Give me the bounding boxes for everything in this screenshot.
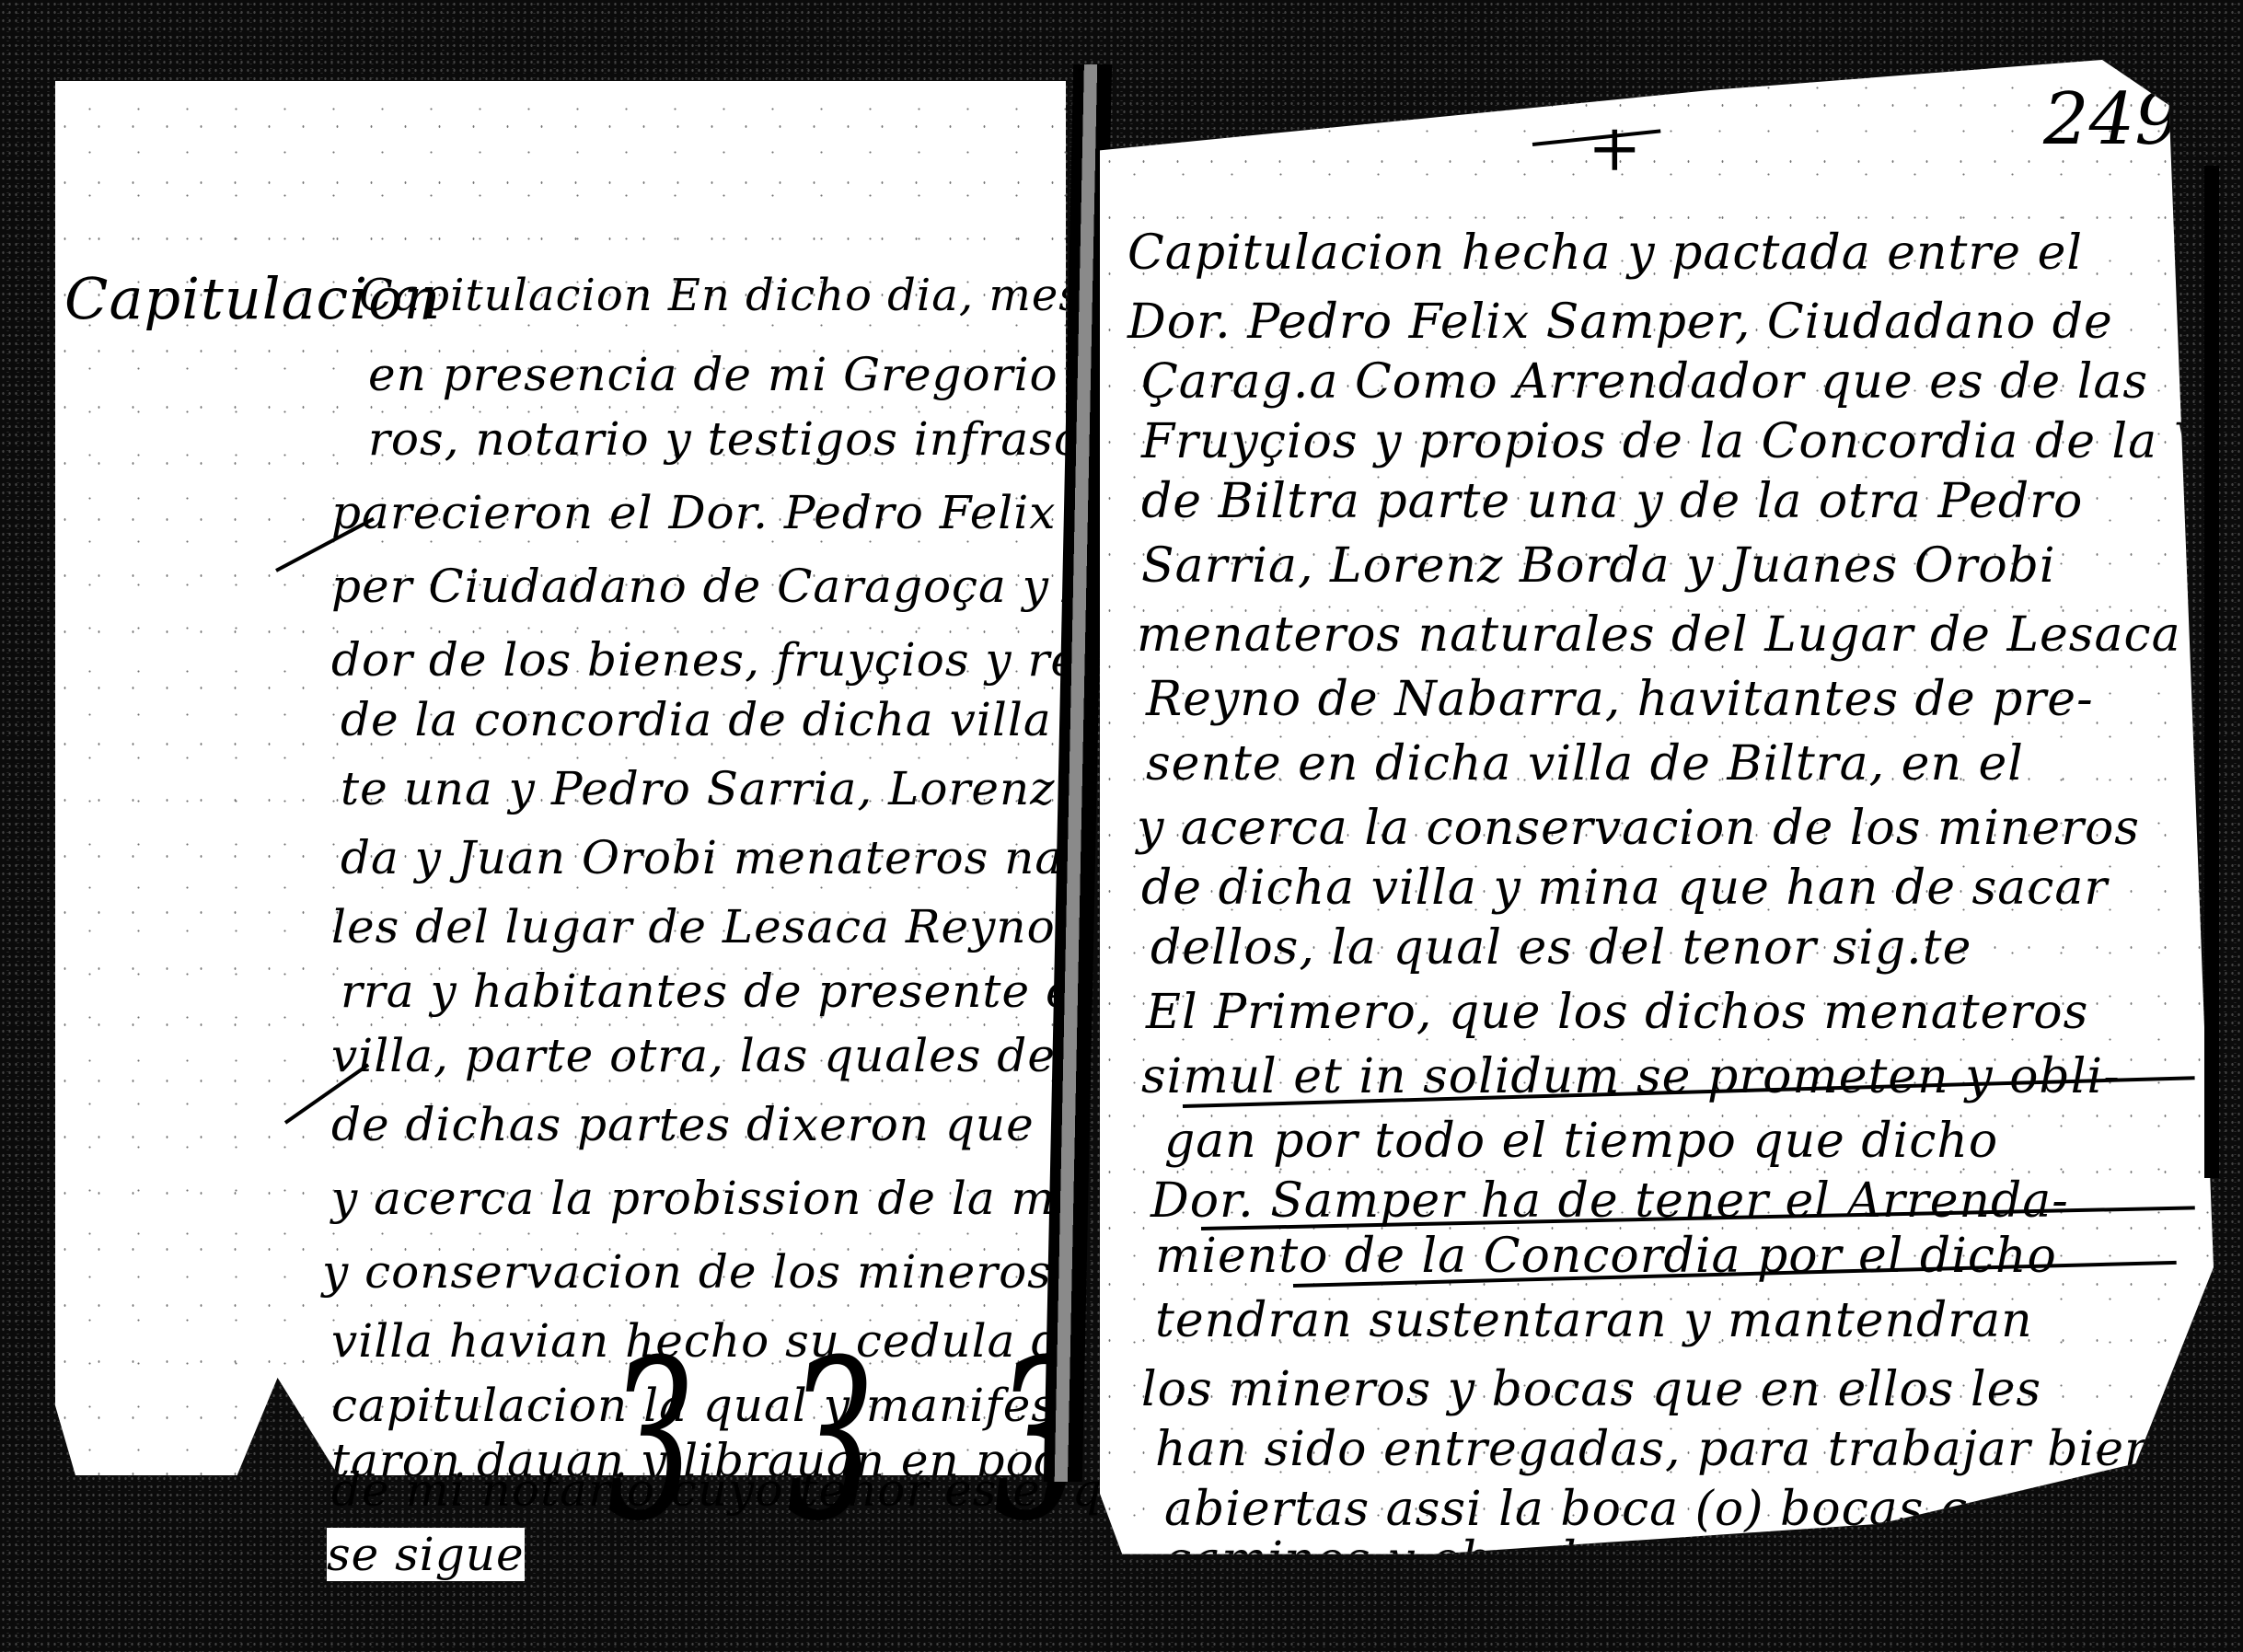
text-line: Reyno de Nabarra, havitantes de pre-	[1146, 672, 2094, 727]
text-line: da y Juan Orobi menateros natura-	[341, 831, 1066, 884]
text-line: per Ciudadano de Caragoça y Arrenda-	[331, 560, 1066, 613]
text-line: ros, notario y testigos infrascriptos	[368, 412, 1066, 466]
text-line: los mineros y bocas que en ellos les	[1141, 1362, 2041, 1417]
text-line: rra y habitantes de presente en dicha	[341, 965, 1066, 1018]
text-line: en presencia de mi Gregorio Cuba-	[368, 348, 1066, 401]
text-line: Çarag.a Como Arrendador que es de las	[1141, 354, 2148, 410]
text-line: villa, parte otra, las quales de cada un…	[331, 1029, 1066, 1082]
text-line: sente en dicha villa de Biltra, en el	[1146, 736, 2024, 791]
text-line: El Primero, que los dichos menateros	[1146, 985, 2088, 1040]
end-flourish: 3	[787, 1314, 874, 1570]
left-page: Capitulacion Capitulacion En dicho dia, …	[55, 81, 1066, 1475]
text-line: se sigue	[327, 1528, 525, 1581]
text-line: de Biltra parte una y de la otra Pedro	[1141, 474, 2083, 529]
text-line: Capitulacion hecha y pactada entre el	[1127, 225, 2083, 281]
text-line: de la concordia de dicha villa par-	[341, 693, 1066, 746]
text-line: y acerca la conservacion de los mineros	[1137, 801, 2140, 856]
text-line: y acerca la probission de la mina	[331, 1172, 1066, 1225]
text-line: villa havian hecho su cedula de	[331, 1314, 1066, 1368]
text-line: Dor. Pedro Felix Samper, Ciudadano de	[1127, 295, 2113, 350]
text-line: han sido entregadas, para trabajar bien	[1155, 1422, 2156, 1477]
text-line: gan por todo el tiempo que dicho	[1164, 1114, 1998, 1169]
text-line: de dicha villa y mina que han de sacar	[1141, 861, 2108, 916]
text-line: menateros naturales del Lugar de Lesaca	[1137, 607, 2181, 663]
text-line: capitulacion la qual y manifes-	[331, 1379, 1066, 1432]
page-edge-shadow	[2204, 166, 2219, 1178]
text-line: dor de los bienes, fruyçios y rentas	[331, 633, 1066, 687]
text-line: de dichas partes dixeron que en lo	[331, 1098, 1066, 1151]
text-line: simul et in solidum se prometen y obli-	[1141, 1049, 2121, 1104]
text-line: dellos, la qual es del tenor sig.te	[1150, 920, 1971, 976]
text-line: y conservacion de los mineros de dicha	[322, 1245, 1066, 1299]
cross-mark: +	[1588, 110, 1642, 186]
text-line: Sarria, Lorenz Borda y Juanes Orobi	[1141, 538, 2056, 594]
right-page: + 249 Capitulacion hecha y pactada entre…	[1100, 60, 2214, 1569]
text-line: les del lugar de Lesaca Reyno de Nava-	[331, 900, 1066, 953]
text-line: Capitulacion En dicho dia, mes y año que…	[359, 270, 1066, 321]
text-line: parecieron el Dor. Pedro Felix Sam-	[331, 486, 1066, 539]
text-line: Fruyçios y propios de la Concordia de la…	[1141, 414, 2214, 469]
text-line: te una y Pedro Sarria, Lorenz Bor-	[341, 762, 1066, 815]
end-flourish: 3	[607, 1314, 695, 1570]
text-line: tendran sustentaran y mantendran	[1155, 1293, 2033, 1348]
